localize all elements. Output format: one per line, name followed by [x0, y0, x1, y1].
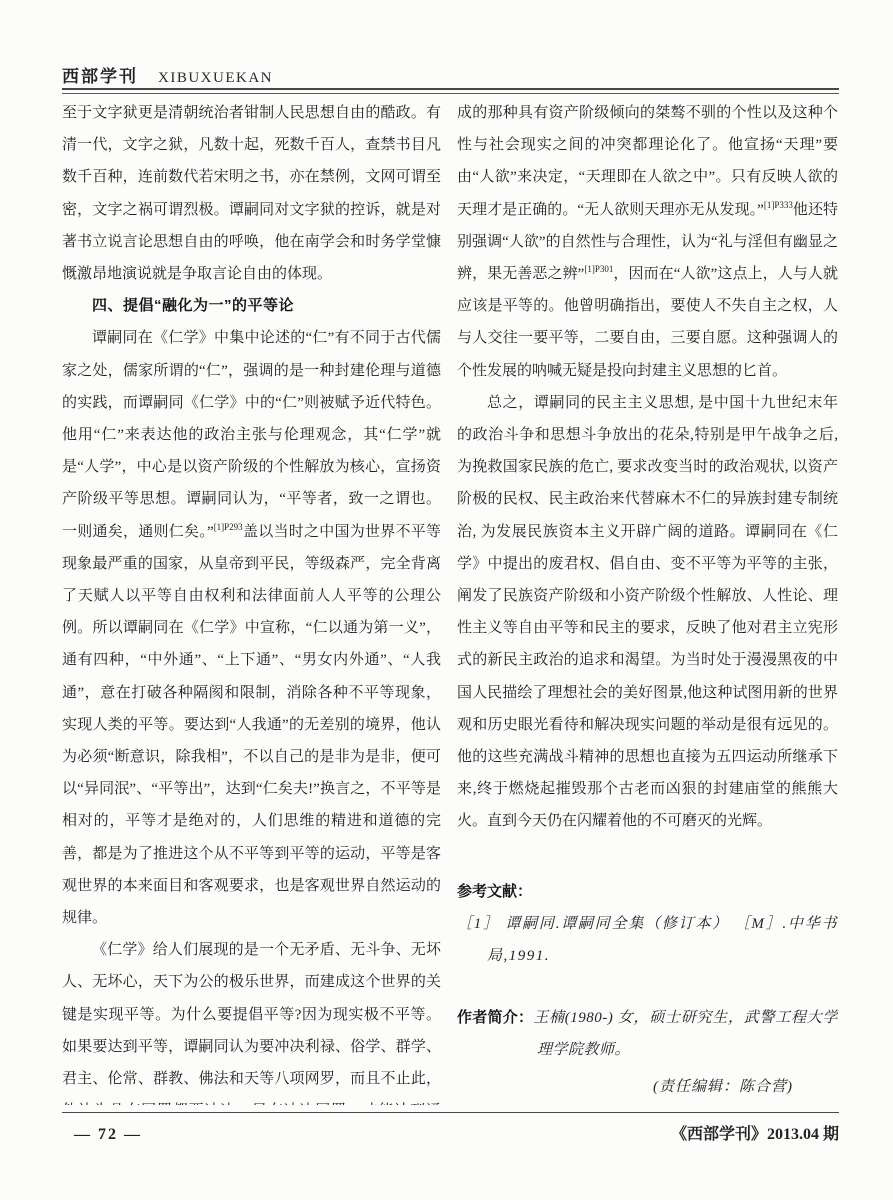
page-header: 西部学刊 XIBUXUEKAN: [62, 62, 839, 87]
paragraph-ren: 谭嗣同在《仁学》中集中论述的“仁”有不同于古代儒家之处，儒家所谓的“仁”，强调的…: [62, 322, 441, 934]
author-section: 作者简介：王楠(1980-) 女，硕士研究生，武警工程大学理学院教师。 (责任编…: [457, 1002, 838, 1103]
paragraph-renxue: 《仁学》给人们展现的是一个无矛盾、无斗争、无坏人、无坏心，天下为公的极乐世界，而…: [62, 934, 441, 1105]
section-heading: 四、提倡“融化为一”的平等论: [62, 290, 441, 322]
page-footer: — 72 — 《西部学刊》2013.04 期: [62, 1121, 839, 1144]
column-left: 至于文字狱更是清朝统治者钳制人民思想自由的酷政。有清一代，文字之狱，凡数十起，死…: [62, 97, 441, 1105]
footer-rule: [62, 1112, 839, 1113]
citation-superscript: [1]P301: [584, 264, 613, 274]
journal-name-chinese: 西部学刊: [62, 67, 138, 86]
author-bio-text: 王楠(1980-) 女，硕士研究生，武警工程大学理学院教师。: [533, 1010, 838, 1058]
paragraph-summary: 总之，谭嗣同的民主主义思想, 是中国十九世纪末年的政治斗争和思想斗争放出的花朵,…: [457, 387, 838, 838]
column-right: 成的那种具有资产阶级倾向的桀骜不驯的个性以及这种个性与社会现实之间的冲突都理论化…: [457, 97, 838, 1105]
references-heading: 参考文献：: [457, 876, 838, 908]
references-section: 参考文献： ［1］ 谭嗣同.谭嗣同全集（修订本） ［M］.中华书局,1991.: [457, 876, 838, 973]
journal-name-romanized: XIBUXUEKAN: [158, 70, 273, 86]
editor-credit: (责任编辑：陈合营): [457, 1071, 838, 1103]
paragraph-continuation-left: 至于文字狱更是清朝统治者钳制人民思想自由的酷政。有清一代，文字之狱，凡数十起，死…: [62, 97, 441, 290]
author-label: 作者简介：: [457, 1009, 533, 1026]
reference-item: ［1］ 谭嗣同.谭嗣同全集（修订本） ［M］.中华书局,1991.: [457, 908, 838, 972]
footer-issue: 《西部学刊》2013.04 期: [671, 1121, 839, 1144]
header-double-rule: [62, 88, 839, 94]
author-bio: 作者简介：王楠(1980-) 女，硕士研究生，武警工程大学理学院教师。: [457, 1002, 838, 1066]
paragraph-continuation-right: 成的那种具有资产阶级倾向的桀骜不驯的个性以及这种个性与社会现实之间的冲突都理论化…: [457, 97, 838, 387]
footer-page-number: — 72 —: [62, 1126, 142, 1144]
citation-superscript: [1]P333: [764, 200, 793, 210]
journal-page: 西部学刊 XIBUXUEKAN 至于文字狱更是清朝统治者钳制人民思想自由的酷政。…: [0, 0, 893, 1200]
citation-superscript: [1]P293: [214, 522, 243, 532]
